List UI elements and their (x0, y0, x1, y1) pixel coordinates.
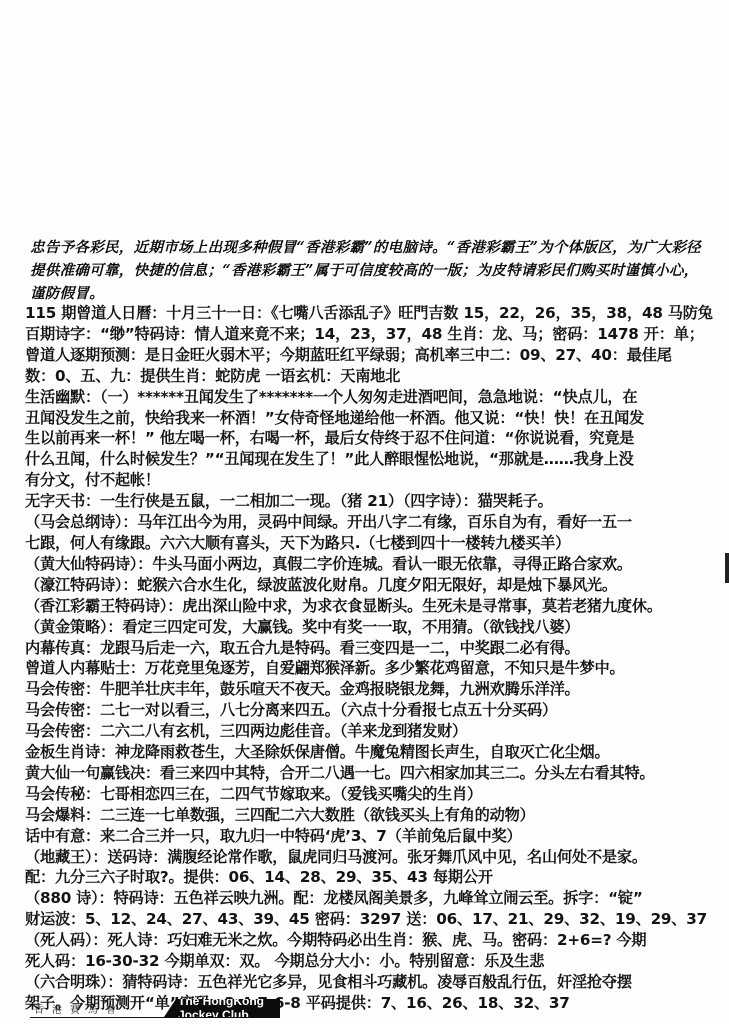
text-line: 死人码：16-30-32 今期单双：双。 今期总分大小：小。特别留意：乐及生悲 (25, 951, 715, 972)
text-line: 配：九分三六子时取?。提供：06、14、28、29、35、43 每期公开 (25, 867, 715, 888)
text-line: 黄大仙一句赢钱决：看三来四中其特，合开二八遇一七。四六相家加其三二。分头左右看其… (25, 763, 715, 784)
text-line: 七跟，何人有缘跟。六六大顺有喜头，天下为路只.（七楼到四十一楼转九楼买羊） (25, 533, 715, 554)
text-line: （地藏王）：送码诗：满腹经论常作歌，鼠虎同归马渡河。张牙舞爪风中见，名山何处不是… (25, 847, 715, 868)
text-line: 马会传密：二七一对以看三，八七分离来四五。（六点十分看报七点五十分买码） (25, 700, 715, 721)
text-line: （六合明珠）：猜特码诗：五色祥光它多异，见食相斗巧藏机。凌辱百般乱行伍，奸淫抢夺… (25, 972, 715, 993)
text-line: 生以前再来一杯！” 他左喝一杯，右喝一杯，最后女侍终于忍不住问道：“你说说看，究… (25, 428, 715, 449)
footer-chinese-name: 香港賽馬會 (30, 999, 164, 1017)
text-line: （黄大仙特码诗）：牛头马面小两边，真假二字价连城。看认一眼无依靠，寻得正路合家欢… (25, 554, 715, 575)
text-line: 马会爆料：二三连一七单数强，三四配二六大数胜（欲钱买头上有角的动物） (25, 805, 715, 826)
text-line: 有分文，付不起帐！ (25, 470, 715, 491)
text-line: 数：0、五、九：提供生肖：蛇防虎 一语玄机：天南地北 (25, 366, 715, 387)
text-line: 金板生肖诗：神龙降雨救苍生，大圣除妖保唐僧。牛魔兔精图长声生，自取灭亡化尘烟。 (25, 742, 715, 763)
text-line: 百期诗字：“缈”特码诗：情人道来竟不来；14，23，37，48 生肖：龙、马；密… (25, 324, 715, 345)
text-line: 无字天书：一生行侠是五鼠，一二相加二一现。（猪 21）（四字诗）：猫哭耗子。 (25, 491, 715, 512)
text-line: 曾道人逐期预测：是日金旺火弱木平；今期蓝旺红平绿弱；高机率三中二：09、27、4… (25, 345, 715, 366)
text-line: 内幕传真：龙跟马后走一六，取五合九是特码。看三变四是一二，中奖跟二必有得。 (25, 638, 715, 659)
text-line: （濠江特码诗）：蛇猴六合水生化，绿波蓝波化财帛。几度夕阳无限好，却是烛下暴风光。 (25, 575, 715, 596)
text-line: 曾道人内幕贴士：万花竞里兔逐芳，自爱翩郑猴泽新。多少繁花鸡留意，不知只是牛梦中。 (25, 658, 715, 679)
jockey-club-footer-logo: 香港賽馬會 The HongKong Jockey Club (30, 999, 280, 1018)
text-line: 生活幽默：（一）******丑闻发生了*******一个人匆匆走进酒吧间，急急地… (25, 387, 715, 408)
text-line: 丑闻没发生之前，快给我来一杯酒！”女侍奇怪地递给他一杯酒。他又说：“快！快！在丑… (25, 408, 715, 429)
text-line: 马会传密：二六二八有玄机，三四两边彪佳音。（羊来龙到猪发财） (25, 721, 715, 742)
text-line: 话中有意：来二合三并一只，取九归一中特码‘虎’3、7（羊前兔后鼠中奖） (25, 826, 715, 847)
intro-warning: 忠告予各彩民，近期市场上出现多种假冒“香港彩霸”的电脑诗。“香港彩霸王”为个体版… (30, 236, 710, 305)
text-line: （死人码）：死人诗：巧妇难无米之炊。今期特码必出生肖：猴、虎、马。密码：2+6=… (25, 930, 715, 951)
text-line: （马会总纲诗）：马年江出今为用，灵码中间绿。开出八字二有缘，百乐自为有，看好一五… (25, 512, 715, 533)
text-line: （880 诗）：特码诗：五色祥云映九洲。配：龙楼凤阁美景多，九峰耸立闹云至。拆字… (25, 888, 715, 909)
document-body: 115 期曾道人日曆：十月三十一日：《七嘴八舌添乱子》旺門吉数 15，22，26… (25, 303, 715, 1014)
scan-edge-mark (725, 553, 729, 583)
text-line: （香江彩霸王特码诗）：虎出深山险中求，为求衣食显断头。生死未是寻常事，莫若老猪九… (25, 596, 715, 617)
text-line: 马会传密：牛肥羊壮庆丰年，鼓乐喧天不夜天。金鸡报晓银龙舞，九洲欢腾乐洋洋。 (25, 679, 715, 700)
text-line: 115 期曾道人日曆：十月三十一日：《七嘴八舌添乱子》旺門吉数 15，22，26… (25, 303, 715, 324)
text-line: 马会传秘：七哥相恋四三在，二四气节嫁取来。（爱钱买嘴尖的生肖） (25, 784, 715, 805)
text-line: 什么丑闻，什么时候发生？”“丑闻现在发生了！”此人醉眼惺忪地说，“那就是……我身… (25, 449, 715, 470)
text-line: 财运波：5、12、24、27、43、39、45 密码：3297 送：06、17、… (25, 909, 715, 930)
footer-english-name: The HongKong Jockey Club (164, 999, 280, 1017)
text-line: （黄金策略）：看定三四定可发，大赢钱。奖中有奖一一取，不用猜。（欲钱找八婆） (25, 617, 715, 638)
